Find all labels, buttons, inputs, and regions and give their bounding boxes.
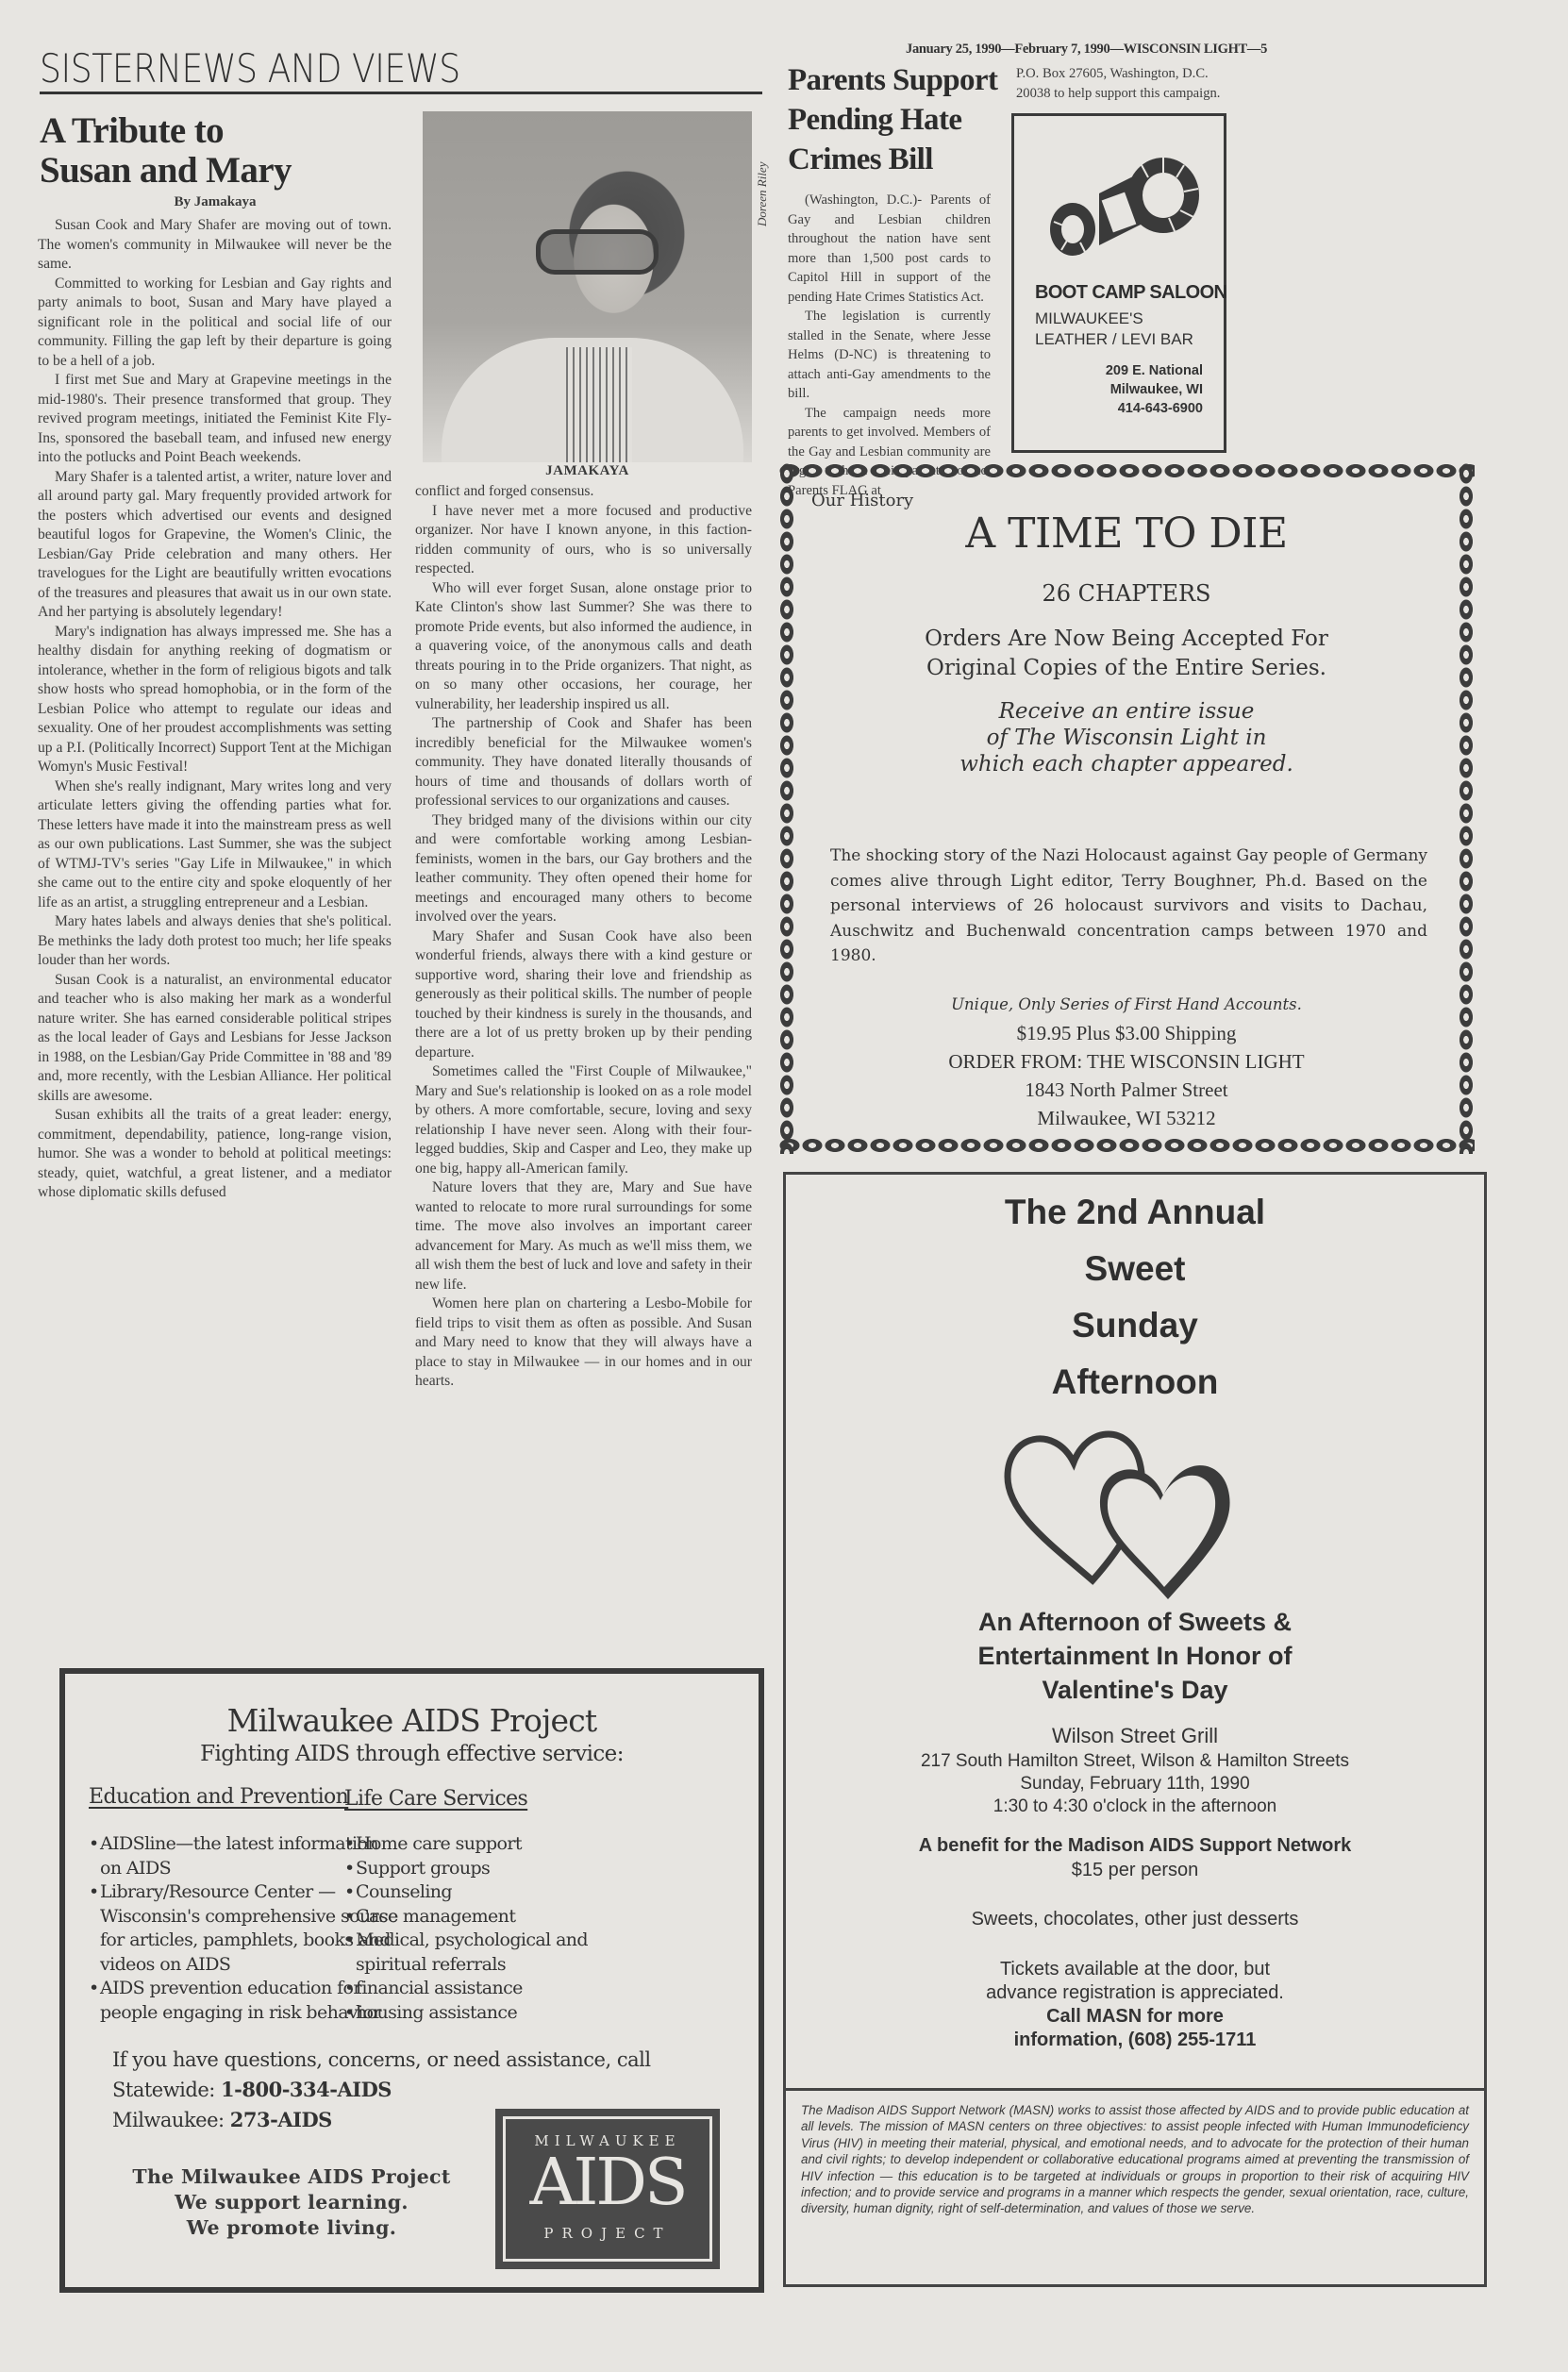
portrait-photo (423, 111, 752, 462)
time-to-die-ad[interactable]: Our History A TIME TO DIE 26 CHAPTERS Or… (778, 462, 1475, 1154)
milwaukee-aids-project-logo: MILWAUKEE AIDS PROJECT (495, 2109, 720, 2269)
parents-headline-line2: Pending Hate (788, 100, 1005, 140)
event-date: Sunday, February 11th, 1990 (786, 1773, 1484, 1796)
tribute-middle-column: conflict and forged consensus. I have ne… (415, 482, 752, 1392)
life-care-item: Support groups (344, 1857, 637, 1881)
life-care-list: Home care support Support groups Counsel… (344, 1832, 637, 2025)
time-to-die-order-info: $19.95 Plus $3.00 Shipping ORDER FROM: T… (778, 1019, 1475, 1132)
time-to-die-kicker: Our History (811, 491, 913, 510)
sweet-sunday-title: The 2nd Annual Sweet Sunday Afternoon (786, 1184, 1484, 1411)
title-line-2: Sweet (786, 1241, 1484, 1297)
chain-border-bottom (778, 1137, 1475, 1154)
logo-main-text: AIDS (506, 2149, 709, 2217)
milwaukee-number[interactable]: 273-AIDS (230, 2108, 332, 2131)
photo-credit: Doreen Riley (755, 113, 774, 226)
parents-paragraph: (Washington, D.C.)- Parents of Gay and L… (788, 191, 991, 307)
venue-name: Wilson Street Grill (786, 1724, 1484, 1748)
tribute-paragraph: Mary hates labels and always denies that… (38, 912, 392, 971)
contact-intro: If you have questions, concerns, or need… (112, 2046, 651, 2075)
time-to-die-subtitle: 26 CHAPTERS (778, 580, 1475, 607)
tribute-paragraph: The partnership of Cook and Shafer has b… (415, 714, 752, 811)
time-to-die-offer: Orders Are Now Being Accepted For Origin… (778, 625, 1475, 683)
tribute-paragraph: Mary Shafer is a talented artist, a writ… (38, 468, 392, 623)
tribute-paragraph: Who will ever forget Susan, alone onstag… (415, 579, 752, 715)
life-care-heading: Life Care Services (344, 1787, 527, 1811)
offer-line-1: Orders Are Now Being Accepted For (778, 625, 1475, 654)
masn-mission-box: The Madison AIDS Support Network (MASN) … (783, 2088, 1487, 2287)
italic-line-2: of The Wisconsin Light in (778, 725, 1475, 751)
order-street: 1843 North Palmer Street (778, 1076, 1475, 1104)
slogan-line-1: The Milwaukee AIDS Project (108, 2164, 475, 2190)
tribute-paragraph: Sometimes called the "First Couple of Mi… (415, 1062, 752, 1178)
time-to-die-title: A TIME TO DIE (778, 509, 1475, 558)
boot-camp-name: BOOT CAMP SALOON (1035, 282, 1226, 304)
education-heading: Education and Prevention (89, 1785, 348, 1809)
boot-print-icon (1043, 146, 1203, 267)
dateline: January 25, 1990—February 7, 1990—WISCON… (906, 42, 1226, 58)
offer-line-2: Original Copies of the Entire Series. (778, 654, 1475, 683)
life-care-item: Medical, psychological and spiritual ref… (344, 1929, 637, 1977)
life-care-item: financial assistance (344, 1977, 637, 2001)
photo-striped-collar (566, 347, 632, 462)
milwaukee-label: Milwaukee: (112, 2109, 230, 2131)
life-care-item: Counseling (344, 1880, 637, 1905)
call-line-1: Call MASN for more (786, 2005, 1484, 2029)
sweet-sunday-ad[interactable]: The 2nd Annual Sweet Sunday Afternoon An… (783, 1172, 1487, 2090)
tribute-paragraph: I first met Sue and Mary at Grapevine me… (38, 371, 392, 468)
photo-glasses (536, 229, 659, 275)
slogan-line-3: We promote living. (108, 2215, 475, 2241)
section-rule (40, 92, 762, 94)
chain-border-top (778, 462, 1475, 479)
tribute-headline-line1: A Tribute to (40, 111, 398, 151)
logo-bottom-text: PROJECT (506, 2225, 709, 2242)
tickets-line-1: Tickets available at the door, but (786, 1958, 1484, 1981)
price: $19.95 Plus $3.00 Shipping (778, 1019, 1475, 1047)
tickets-info: Tickets available at the door, but advan… (786, 1958, 1484, 2052)
boot-camp-phone: 414-643-6900 (1106, 399, 1203, 418)
statewide-line: Statewide: 1-800-334-AIDS (112, 2075, 651, 2105)
boot-camp-ad[interactable]: BOOT CAMP SALOON MILWAUKEE'S LEATHER / L… (1011, 113, 1226, 453)
tribute-paragraph: When she's really indignant, Mary writes… (38, 777, 392, 913)
tribute-paragraph: Committed to working for Lesbian and Gay… (38, 275, 392, 372)
life-care-item: housing assistance (344, 2001, 637, 2026)
parents-headline: Parents Support Pending Hate Crimes Bill (788, 60, 1005, 179)
tribute-paragraph: They bridged many of the divisions withi… (415, 811, 752, 927)
sub-line-2: Entertainment In Honor of (786, 1639, 1484, 1673)
title-line-4: Afternoon (786, 1354, 1484, 1411)
boot-camp-address: 209 E. National Milwaukee, WI 414-643-69… (1106, 361, 1203, 418)
ticket-price: $15 per person (786, 1860, 1484, 1881)
life-care-item: Case management (344, 1905, 637, 1929)
time-to-die-tagline: Unique, Only Series of First Hand Accoun… (778, 995, 1475, 1013)
tribute-paragraph: Nature lovers that they are, Mary and Su… (415, 1178, 752, 1295)
sub-line-3: Valentine's Day (786, 1673, 1484, 1707)
boot-camp-tagline: MILWAUKEE'S LEATHER / LEVI BAR (1035, 309, 1193, 350)
tribute-byline: By Jamakaya (40, 194, 391, 210)
map-subtitle: Fighting AIDS through effective service: (65, 1742, 759, 1766)
tribute-paragraph: Susan exhibits all the traits of a great… (38, 1106, 392, 1203)
map-title: Milwaukee AIDS Project (65, 1702, 759, 1739)
tribute-paragraph: Susan Cook is a naturalist, an environme… (38, 971, 392, 1107)
tribute-headline-line2: Susan and Mary (40, 151, 398, 191)
tribute-paragraph: Susan Cook and Mary Shafer are moving ou… (38, 216, 392, 275)
statewide-number[interactable]: 1-800-334-AIDS (221, 2078, 392, 2101)
sub-line-1: An Afternoon of Sweets & (786, 1605, 1484, 1639)
italic-line-3: which each chapter appeared. (778, 751, 1475, 777)
event-address: 217 South Hamilton Street, Wilson & Hami… (786, 1750, 1484, 1773)
boot-camp-tagline-line2: LEATHER / LEVI BAR (1035, 329, 1193, 350)
slogan-line-2: We support learning. (108, 2190, 475, 2215)
order-city: Milwaukee, WI 53212 (778, 1104, 1475, 1132)
boot-camp-tagline-line1: MILWAUKEE'S (1035, 309, 1193, 329)
tribute-paragraph: I have never met a more focused and prod… (415, 502, 752, 579)
time-to-die-italic: Receive an entire issue of The Wisconsin… (778, 698, 1475, 777)
call-line-2: information, (608) 255-1711 (786, 2029, 1484, 2052)
benefit-line: A benefit for the Madison AIDS Support N… (786, 1835, 1484, 1857)
parents-headline-line1: Parents Support (788, 60, 1005, 100)
boot-camp-street: 209 E. National (1106, 361, 1203, 380)
tribute-left-column: Susan Cook and Mary Shafer are moving ou… (38, 216, 392, 1203)
italic-line-1: Receive an entire issue (778, 698, 1475, 725)
tribute-continuation: conflict and forged consensus. (415, 482, 752, 502)
parents-headline-line3: Crimes Bill (788, 140, 1005, 179)
parents-continuation: P.O. Box 27605, Washington, D.C. 20038 t… (1016, 64, 1228, 103)
photo-caption: JAMAKAYA (423, 463, 752, 479)
section-title: SISTERNEWS AND VIEWS (40, 45, 460, 92)
boot-camp-city: Milwaukee, WI (1106, 380, 1203, 399)
two-hearts-icon (998, 1406, 1281, 1604)
event-time: 1:30 to 4:30 o'clock in the afternoon (786, 1796, 1484, 1818)
parents-paragraph: The legislation is currently stalled in … (788, 307, 991, 404)
desserts-line: Sweets, chocolates, other just desserts (786, 1909, 1484, 1930)
parents-body: (Washington, D.C.)- Parents of Gay and L… (788, 191, 991, 500)
masn-mission-text: The Madison AIDS Support Network (MASN) … (801, 2102, 1469, 2217)
title-line-1: The 2nd Annual (786, 1184, 1484, 1241)
tribute-headline: A Tribute to Susan and Mary (40, 111, 398, 191)
tribute-paragraph: Mary's indignation has always impressed … (38, 623, 392, 777)
sweet-sunday-subtitle: An Afternoon of Sweets & Entertainment I… (786, 1605, 1484, 1707)
tickets-line-2: advance registration is appreciated. (786, 1981, 1484, 2005)
event-details: 217 South Hamilton Street, Wilson & Hami… (786, 1750, 1484, 1818)
life-care-item: Home care support (344, 1832, 637, 1857)
statewide-label: Statewide: (112, 2079, 221, 2101)
tribute-paragraph: Women here plan on chartering a Lesbo-Mo… (415, 1295, 752, 1392)
logo-inner-frame: MILWAUKEE AIDS PROJECT (503, 2116, 712, 2262)
map-slogan: The Milwaukee AIDS Project We support le… (108, 2164, 475, 2241)
tribute-paragraph: Mary Shafer and Susan Cook have also bee… (415, 927, 752, 1063)
time-to-die-description: The shocking story of the Nazi Holocaust… (830, 844, 1427, 969)
order-from: ORDER FROM: THE WISCONSIN LIGHT (778, 1047, 1475, 1076)
title-line-3: Sunday (786, 1297, 1484, 1354)
